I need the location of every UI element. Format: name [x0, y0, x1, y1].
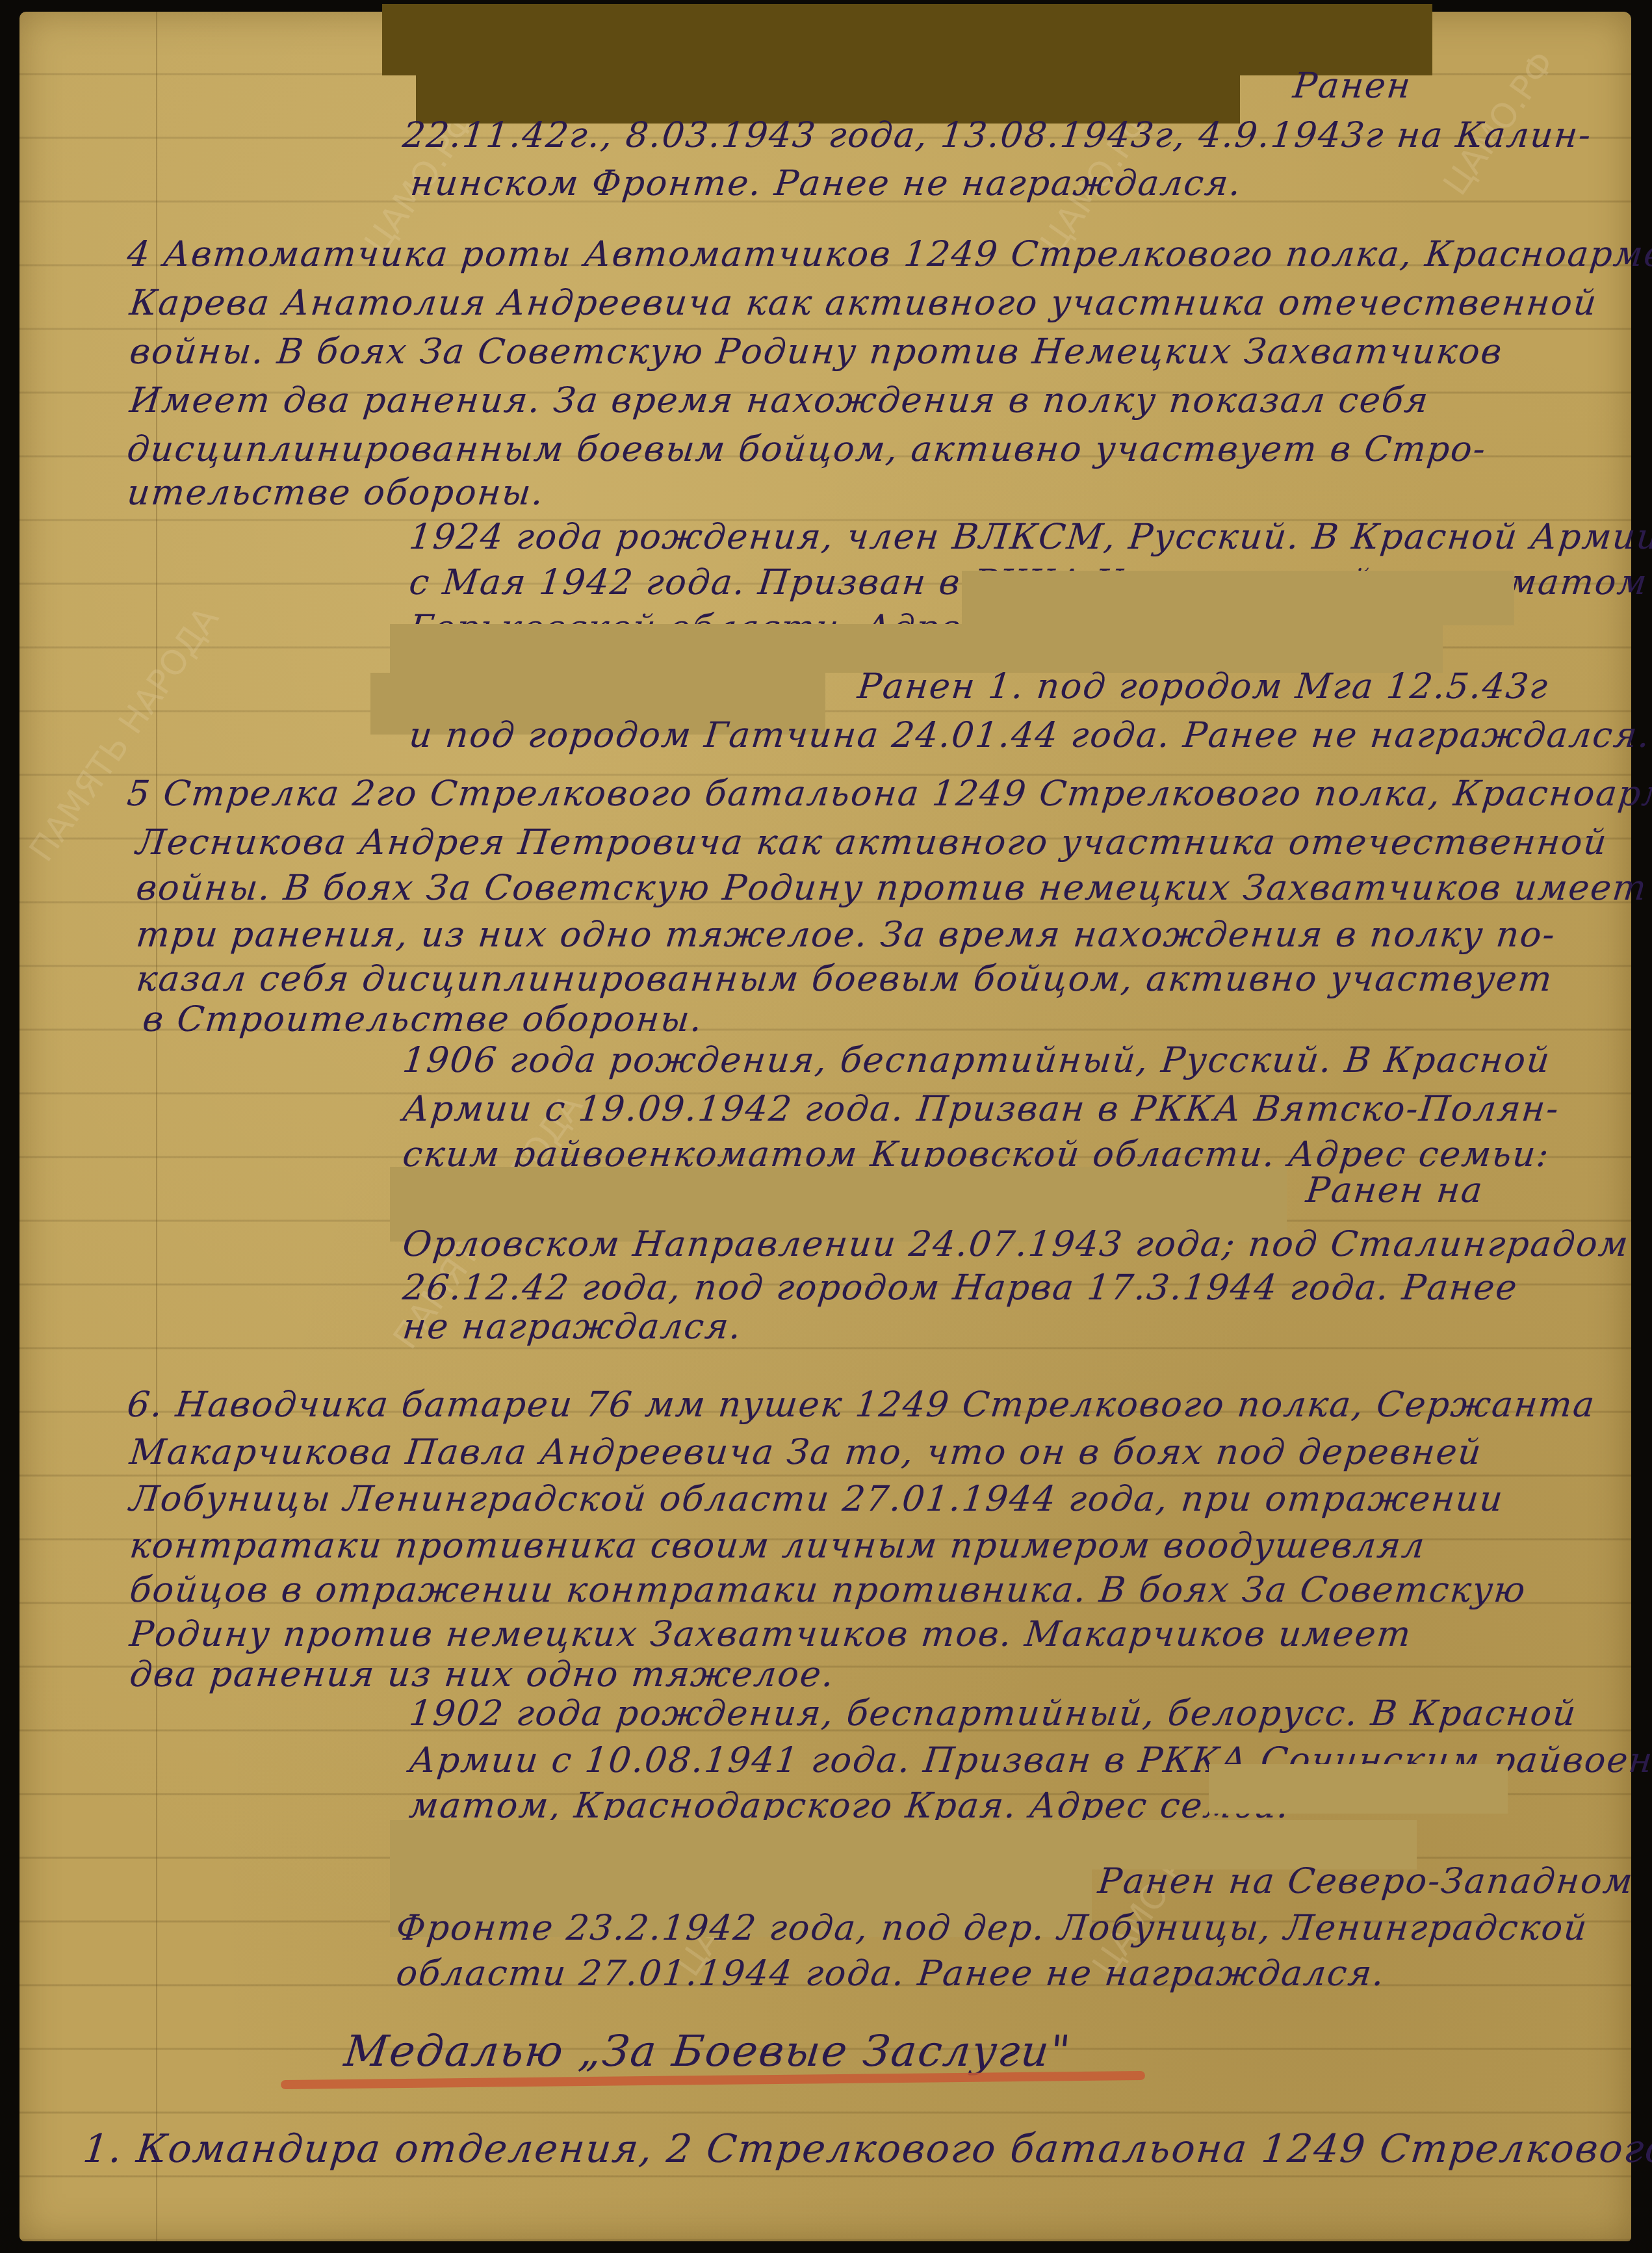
text-line: Ранен на [1303, 1160, 1486, 1220]
text-line: 1. Командира отделения, 2 Стрелкового ба… [80, 2119, 1652, 2179]
redaction-block [1209, 1764, 1508, 1814]
redaction-block [962, 571, 1514, 625]
scanned-document: ЦАМО.РФ ЦАМО.РФ ЦАМО.РФ ПАМЯТЬ НАРОДА ПА… [0, 0, 1652, 2253]
redaction-block [382, 4, 1432, 75]
text-line: не награждался. [400, 1297, 745, 1357]
text-line: области 27.01.1944 года. Ранее не награж… [393, 1944, 1388, 2003]
text-line: и под городом Гатчина 24.01.44 года. Ран… [406, 705, 1652, 765]
text-line: нинском Фронте. Ранее не награждался. [407, 153, 1245, 213]
